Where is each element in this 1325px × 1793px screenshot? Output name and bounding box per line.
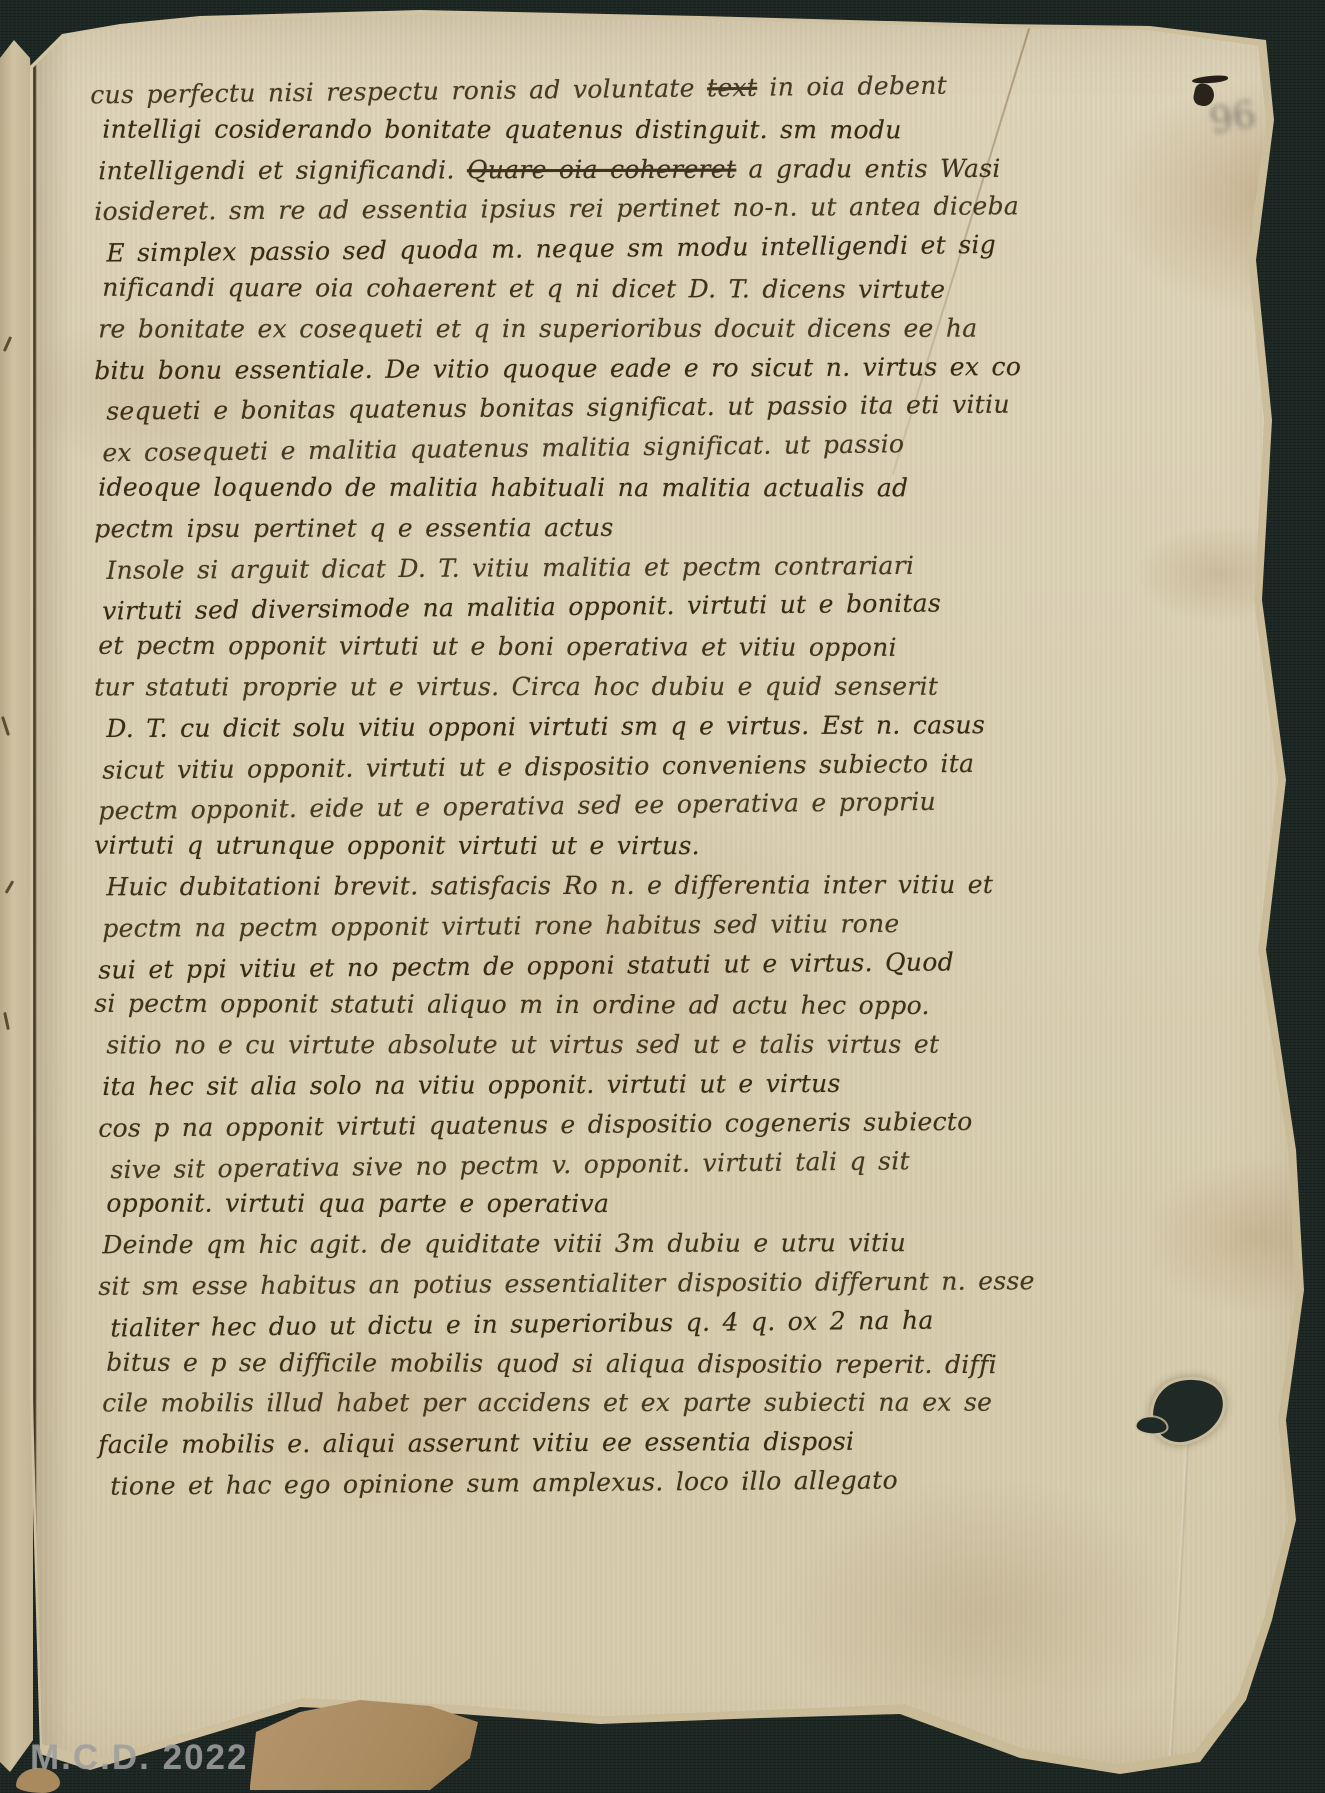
text-line: pectm ipsu pertinet q e essentia actus: [94, 507, 1032, 549]
text-line: opponit. virtuti qua parte e operativa: [106, 1184, 1044, 1225]
text-line: bitus e p se difficile mobilis quod si a…: [106, 1342, 1044, 1384]
facing-page-edge: [0, 0, 33, 1793]
text-line: virtuti sed diversimode na malitia oppon…: [102, 583, 1040, 632]
text-line: Deinde qm hic agit. de quiditate vitii 3…: [102, 1223, 1040, 1265]
fold-crease: [1169, 1438, 1189, 1760]
text-line: cile mobilis illud habet per accidens et…: [102, 1383, 1040, 1424]
text-line: tione et hac ego opinione sum amplexus. …: [110, 1459, 1048, 1506]
text-line: D. T. cu dicit solu vitiu opponi virtuti…: [106, 705, 1044, 749]
text-line: ideoque loquendo de malitia habituali na…: [98, 468, 1036, 509]
text-line: intelligendi et significandi. Quare oia …: [98, 148, 1036, 190]
text-line: bitu bonu essentiale. De vitio quoque ea…: [94, 347, 1032, 391]
text-line: intelligi cosiderando bonitate quatenus …: [102, 109, 1040, 150]
worm-hole: [1146, 1372, 1230, 1448]
text-line: pectm na pectm opponit virtuti rone habi…: [102, 903, 1040, 949]
text-line: si pectm opponit statuti aliquo m in ord…: [94, 984, 1032, 1026]
torn-under-fragment: [248, 1698, 480, 1793]
text-line: ex cosequeti e malitia quatenus malitia …: [102, 423, 1040, 473]
text-line: sit sm esse habitus an potius essentiali…: [98, 1261, 1036, 1307]
ink-blot: [1192, 75, 1228, 84]
text-line: ita hec sit alia solo na vitiu opponit. …: [102, 1063, 1040, 1107]
text-line: tur statuti proprie ut e virtus. Circa h…: [94, 667, 1032, 708]
text-line: sui et ppi vitiu et no pectm de opponi s…: [98, 941, 1036, 990]
stray-ink-mark: [5, 880, 15, 894]
text-lines: cus perfectu nisi respectu ronis ad volu…: [98, 68, 1042, 1505]
text-line: Huic dubitationi brevit. satisfacis Ro n…: [106, 865, 1044, 907]
photograph-of-manuscript: { "document": { "kind": "handwritten man…: [0, 0, 1325, 1793]
text-line: virtuti q utrunque opponit virtuti ut e …: [94, 826, 1032, 867]
text-line: sitio no e cu virtute absolute ut virtus…: [106, 1025, 1044, 1066]
text-line: E simplex passio sed quoda m. neque sm m…: [106, 225, 1044, 274]
text-line: facile mobilis e. aliqui asserunt vitiu …: [98, 1421, 1036, 1465]
stray-ink-mark: [3, 336, 12, 352]
stray-ink-mark: [1, 716, 10, 736]
text-line: re bonitate ex cosequeti et q in superio…: [98, 308, 1036, 349]
text-line: nificandi quare oia cohaerent et q ni di…: [102, 268, 1040, 310]
text-line: tialiter hec duo ut dictu e in superiori…: [110, 1299, 1048, 1348]
worm-hole-spur: [1136, 1416, 1167, 1434]
manuscript-page: 96 cus perfectu nisi respectu ronis ad v…: [0, 0, 1325, 1793]
watermark: M.C.D. 2022: [30, 1738, 248, 1778]
stray-ink-mark: [3, 1012, 10, 1030]
text-line: cus perfectu nisi respectu ronis ad volu…: [90, 65, 1028, 115]
text-line: et pectm opponit virtuti ut e boni opera…: [98, 626, 1036, 668]
smudged-folio-number: 96: [1207, 94, 1259, 142]
